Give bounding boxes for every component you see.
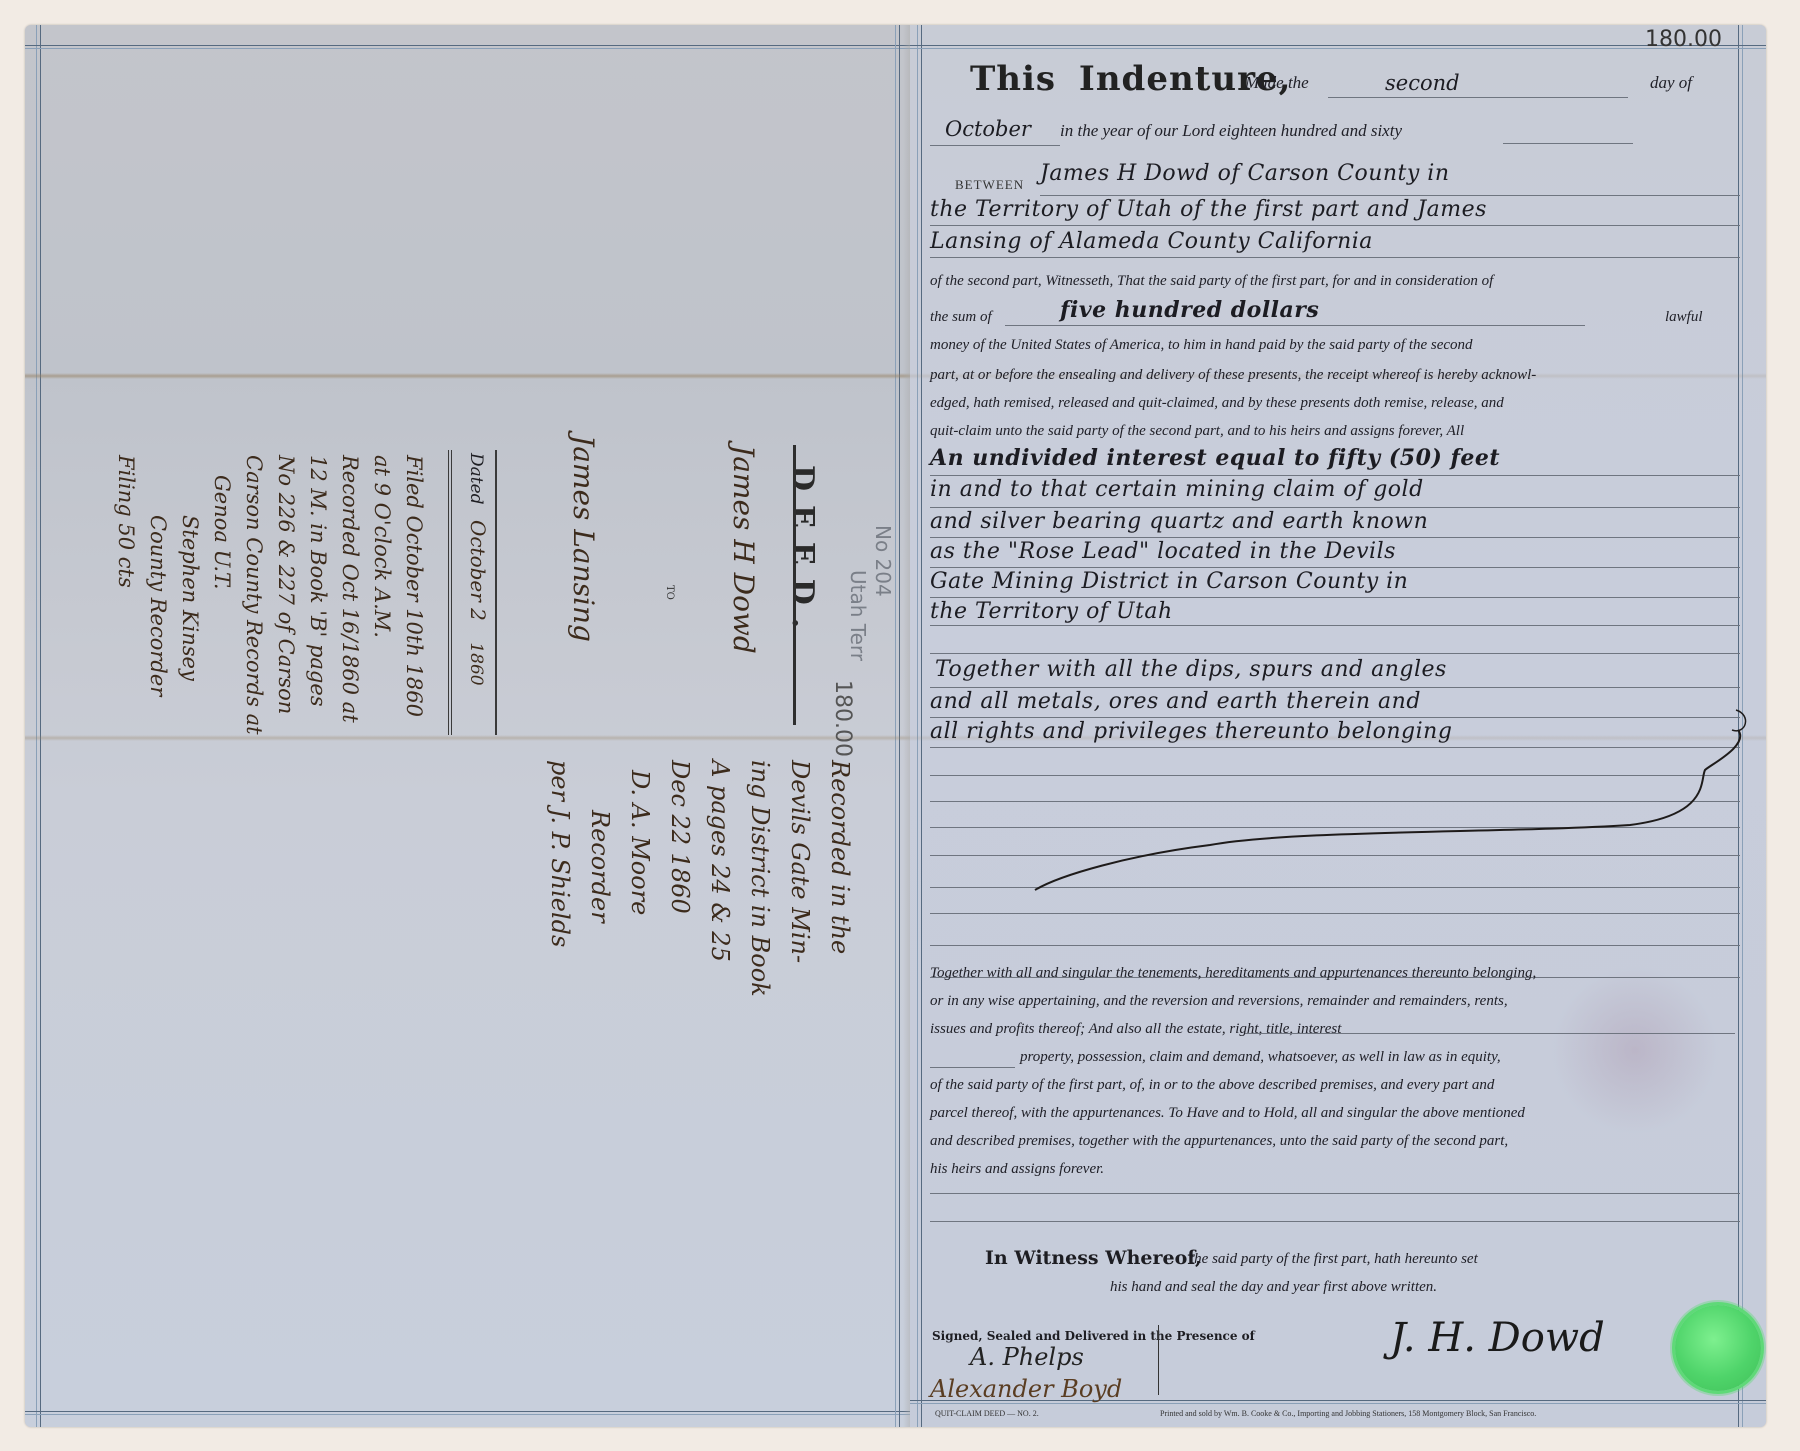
parties-line-2: the Territory of Utah of the first part …	[930, 197, 1487, 222]
quit-line: quit-claim unto the said party of the se…	[930, 423, 1464, 440]
sum-label: the sum of	[930, 309, 992, 326]
witness-signature-2: Alexander Boyd	[930, 1375, 1122, 1403]
witnesseth-line: of the second part, Witnesseth, That the…	[930, 273, 1493, 290]
to-label: TO	[664, 585, 675, 600]
title-rule	[793, 445, 796, 725]
money-line: money of the United States of America, t…	[930, 337, 1473, 354]
footer-printer: Printed and sold by Wm. B. Cooke & Co., …	[1160, 1409, 1536, 1418]
edged-line: edged, hath remised, released and quit-c…	[930, 395, 1504, 412]
dated-year: 1860	[466, 642, 486, 685]
docket-price: 180.00	[830, 680, 855, 757]
day-of-label: day of	[1650, 73, 1692, 93]
grantee-name: James Lansing	[567, 435, 600, 642]
price-note: 180.00	[1645, 27, 1722, 52]
filing-notes: Filed October 10th 1860 at 9 O'clock A.M…	[110, 455, 430, 735]
lawful-label: lawful	[1665, 309, 1703, 326]
fold-crease	[25, 735, 910, 741]
grantor-signature: J. H. Dowd	[1390, 1315, 1605, 1361]
parties-line-1: James H Dowd of Carson County in	[1040, 161, 1450, 186]
dated-line: Dated October 2 1860	[466, 453, 490, 686]
line-filler-flourish	[910, 705, 1766, 905]
signed-label: Signed, Sealed and Delivered in the Pres…	[932, 1329, 1255, 1343]
wax-stain	[1550, 965, 1720, 1135]
grantor-name: James H Dowd	[727, 445, 760, 654]
dated-label: Dated	[466, 453, 486, 505]
green-seal	[1675, 1305, 1761, 1391]
witness-line-2: his hand and seal the day and year first…	[1110, 1279, 1437, 1296]
recorded-notes: Recorded in the Devils Gate Min- ing Dis…	[540, 760, 860, 997]
deed-front-panel: 180.00 This Indenture, Made the second d…	[910, 25, 1766, 1427]
brace	[1158, 1325, 1160, 1395]
footer-form: QUIT-CLAIM DEED — NO. 2.	[935, 1409, 1039, 1418]
made-the-label: Made the	[1245, 73, 1309, 93]
parties-line-3: Lansing of Alameda County California	[930, 229, 1373, 254]
deed-title: DEED.	[785, 465, 820, 642]
docket-number: No 204	[871, 525, 895, 597]
year-text: in the year of our Lord eighteen hundred…	[1060, 121, 1402, 141]
sum-value: five hundred dollars	[1060, 297, 1319, 323]
day-value: second	[1385, 71, 1460, 95]
indenture-title: This Indenture,	[970, 59, 1291, 99]
docket-note: Utah Terr	[846, 570, 870, 661]
witness-line-1: the said party of the first part, hath h…	[1190, 1251, 1478, 1268]
witness-signature-1: A. Phelps	[970, 1343, 1084, 1371]
between-label: BETWEEN	[955, 177, 1024, 193]
dated-value: October 2	[466, 520, 490, 621]
fold-crease	[25, 373, 910, 379]
part-line: part, at or before the ensealing and del…	[930, 367, 1536, 384]
witness-heading: In Witness Whereof,	[985, 1247, 1202, 1269]
deed-back-panel: No 204 Utah Terr 180.00 DEED. James H Do…	[25, 25, 910, 1427]
month-value: October	[945, 117, 1031, 141]
deed-sheet: No 204 Utah Terr 180.00 DEED. James H Do…	[25, 25, 1766, 1427]
